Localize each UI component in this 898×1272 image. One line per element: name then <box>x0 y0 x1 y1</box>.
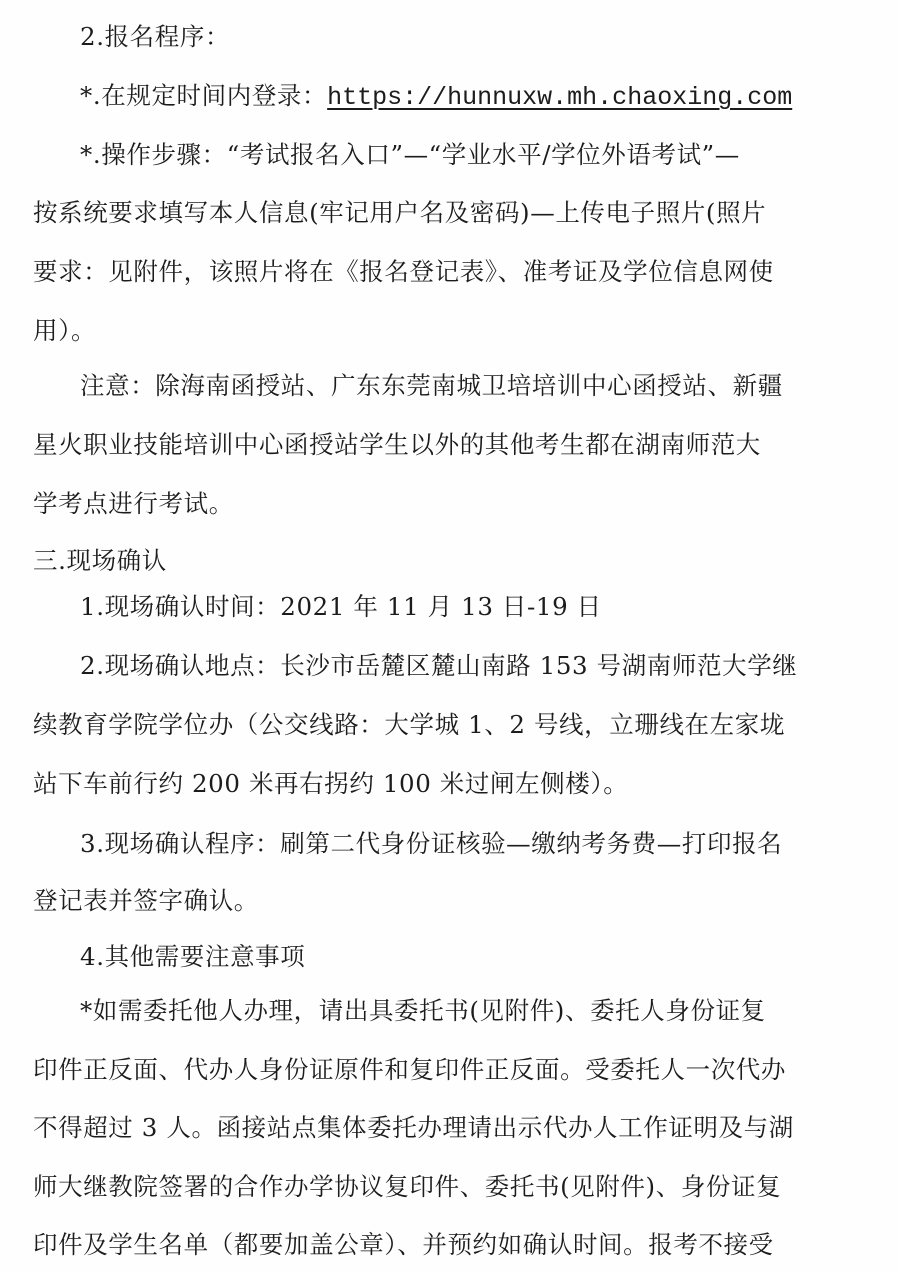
procedure-line-1: 3.现场确认程序：刷第二代身份证核验—缴纳考务费—打印报名 <box>80 829 782 859</box>
onsite-time: 1.现场确认时间：2021 年 11 月 13 日-19 日 <box>80 592 602 622</box>
procedure-line-2: 登记表并签字确认。 <box>33 886 259 916</box>
steps-line-1: *.操作步骤：“考试报名入口”—“学业水平/学位外语考试”— <box>80 140 740 170</box>
other-line-5: 印件及学生名单（都要加盖公章）、并预约如确认时间。报考不接受 <box>33 1230 774 1260</box>
login-prefix: *.在规定时间内登录： <box>80 81 327 110</box>
location-line-2: 续教育学院学位办（公交线路：大学城 1、2 号线，立珊线在左家垅 <box>33 710 785 740</box>
login-url-link[interactable]: https://hunnuxw.mh.chaoxing.com <box>327 83 792 112</box>
other-heading: 4.其他需要注意事项 <box>80 942 305 972</box>
steps-line-3: 要求：见附件，该照片将在《报名登记表》、准考证及学位信息网使 <box>33 257 774 287</box>
document-page: 2.报名程序： *.在规定时间内登录：https://hunnuxw.mh.ch… <box>0 0 898 1272</box>
other-line-3: 不得超过 3 人。函接站点集体委托办理请出示代办人工作证明及与湖 <box>33 1113 794 1143</box>
note-line-3: 学考点进行考试。 <box>33 489 234 519</box>
steps-line-2: 按系统要求填写本人信息(牢记用户名及密码)—上传电子照片(照片 <box>33 198 766 228</box>
location-line-1: 2.现场确认地点：长沙市岳麓区麓山南路 153 号湖南师范大学继 <box>80 651 797 681</box>
note-line-2: 星火职业技能培训中心函授站学生以外的其他考生都在湖南师范大 <box>33 430 761 460</box>
registration-heading: 2.报名程序： <box>80 22 230 52</box>
note-line-1: 注意：除海南函授站、广东东莞南城卫培培训中心函授站、新疆 <box>80 371 783 401</box>
other-line-4: 师大继教院签署的合作办学协议复印件、委托书(见附件)、身份证复 <box>33 1172 781 1202</box>
onsite-heading: 三.现场确认 <box>33 546 167 576</box>
other-line-2: 印件正反面、代办人身份证原件和复印件正反面。受委托人一次代办 <box>33 1055 786 1085</box>
location-line-3: 站下车前行约 200 米再右拐约 100 米过闸左侧楼）。 <box>33 769 628 799</box>
other-line-1: *如需委托他人办理，请出具委托书(见附件)、委托人身份证复 <box>80 996 766 1026</box>
steps-line-4: 用）。 <box>33 316 96 346</box>
login-instruction: *.在规定时间内登录：https://hunnuxw.mh.chaoxing.c… <box>80 81 792 113</box>
